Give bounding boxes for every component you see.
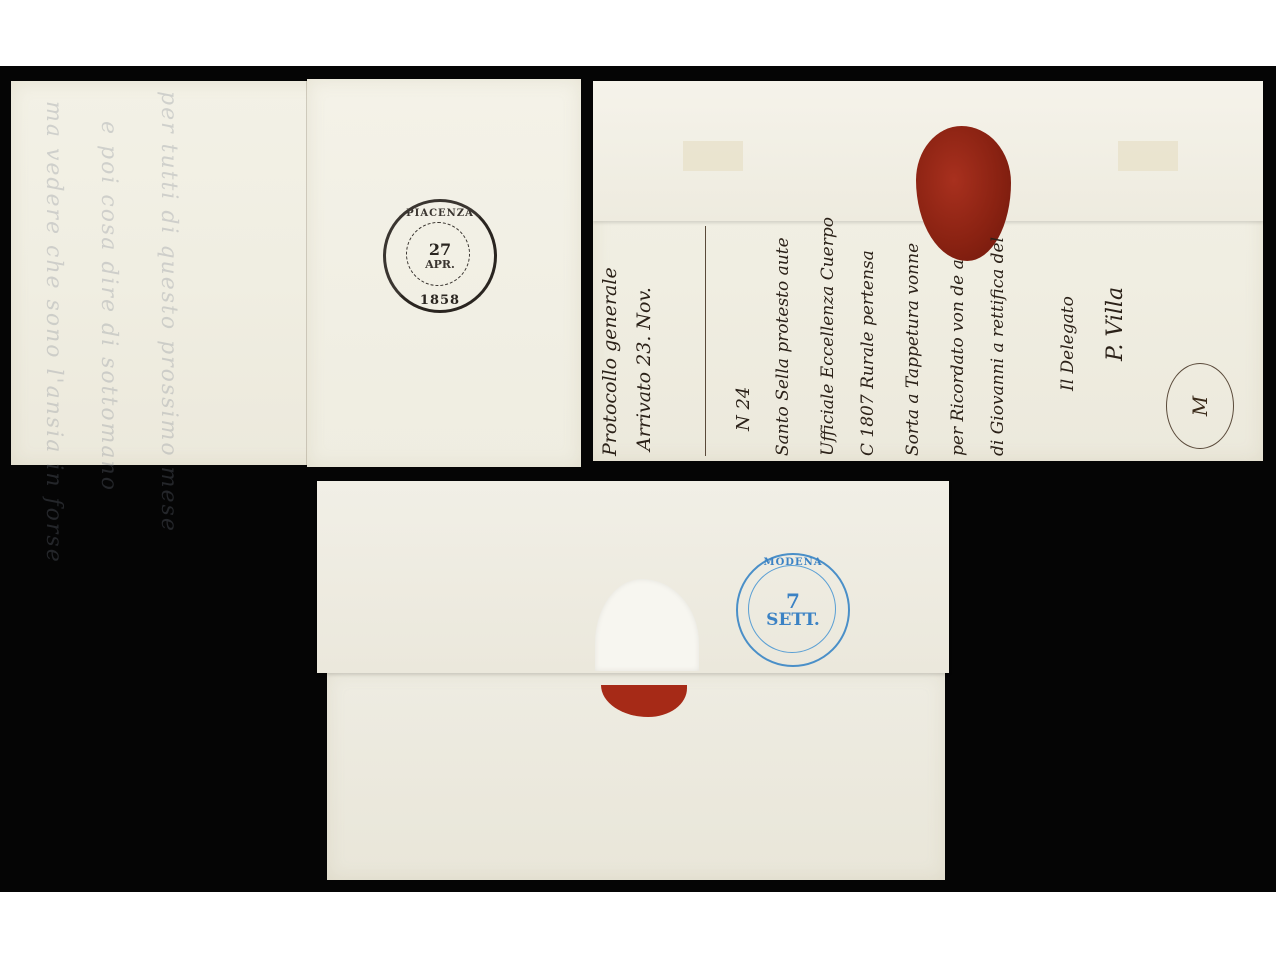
seal-tear: [595, 579, 699, 671]
show-through-writing: per tutti di questo prossimo mese: [156, 91, 181, 451]
postmark-town: MODENA: [764, 557, 823, 568]
circled-mark-text: M: [1188, 396, 1212, 416]
signature-title: Il Delegato: [1058, 281, 1078, 391]
letter-line: per Ricordato von de a: [948, 261, 968, 456]
postmark-day: 7: [786, 591, 800, 612]
postmark-day: 27: [429, 242, 451, 259]
letter-line: Sorta a Tappetura vonne: [903, 246, 923, 456]
letter-line: N 24: [733, 251, 754, 431]
signature: P. Villa: [1103, 221, 1128, 361]
postmark-year: 1858: [420, 293, 460, 308]
cover-top-right: Protocollo generale Arrivato 23. Nov. N …: [593, 81, 1263, 461]
letter-line: C 1807 Rurale pertensa: [858, 221, 878, 456]
letter-line: di Giovanni a rettifica del: [988, 221, 1008, 456]
docket-line-1: Protocollo generale: [599, 236, 621, 456]
postmark-modena: MODENA 7 SETT.: [736, 553, 850, 667]
circled-mark: M: [1166, 363, 1234, 449]
cover-bottom-flap: MODENA 7 SETT.: [317, 481, 949, 673]
show-through-writing: e poi cosa dire di sottomano: [96, 121, 121, 441]
stain: [683, 141, 743, 171]
show-through-writing: ma vedere che sono l'ansia in forse: [41, 101, 66, 441]
postmark-month: APR.: [425, 259, 455, 271]
cover-top-left: ma vedere che sono l'ansia in forse e po…: [11, 81, 581, 465]
postmark-month: SETT.: [766, 612, 820, 630]
letter-line: Ufficiale Eccellenza Cuerpo: [818, 221, 838, 456]
docket-line-2: Arrivato 23. Nov.: [633, 231, 655, 451]
postmark-piacenza: PIACENZA 27 APR. 1858: [383, 199, 497, 313]
fold-line: [705, 226, 706, 456]
postmark-town: PIACENZA: [406, 208, 474, 219]
black-background: ma vedere che sono l'ansia in forse e po…: [0, 66, 1276, 892]
letter-line: Santo Sella protesto aute: [773, 221, 793, 456]
stain: [1118, 141, 1178, 171]
